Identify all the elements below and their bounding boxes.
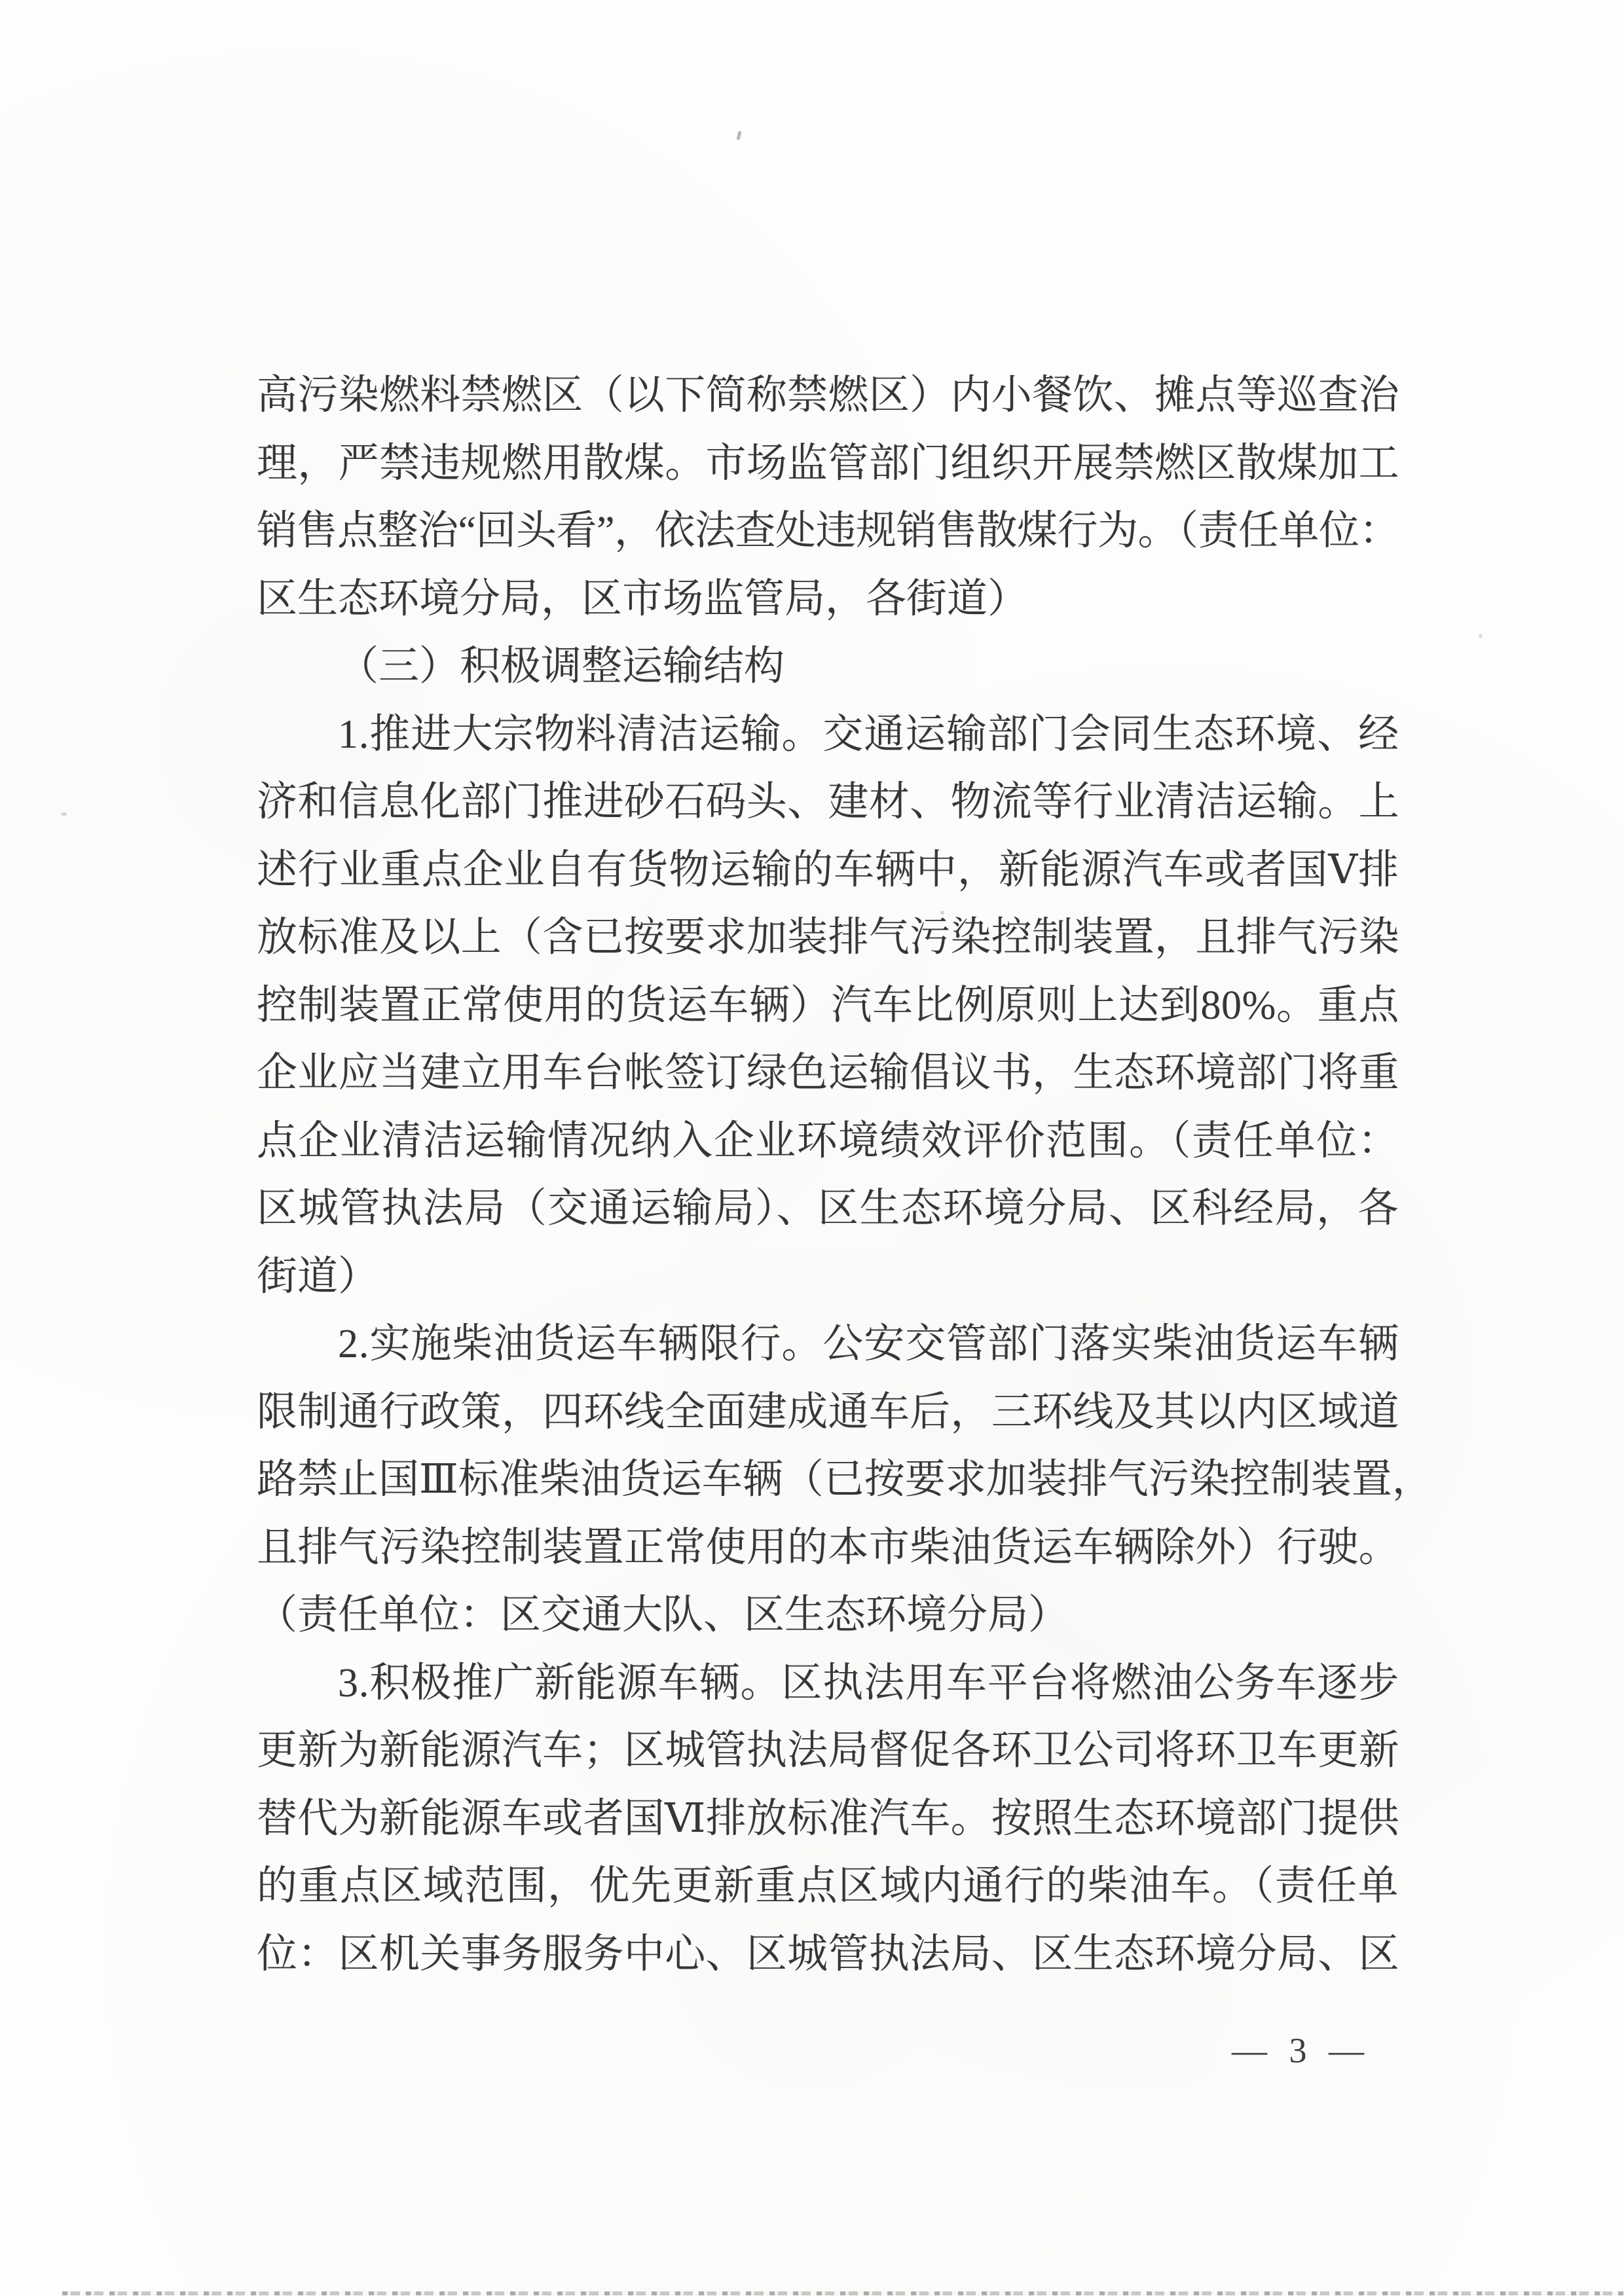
text-line-content: （三）积极调整运输结构 xyxy=(338,633,784,701)
text-line: 更新为新能源汽车；区城管执法局督促各环卫公司将环卫车更新 xyxy=(257,1717,1399,1785)
text-line: （三）积极调整运输结构 xyxy=(257,633,1399,701)
scan-speck xyxy=(61,812,67,816)
text-line-content: 限制通行政策，四环线全面建成通车后，三环线及其以内区域道 xyxy=(257,1379,1399,1447)
text-line-content: 的重点区域范围，优先更新重点区域内通行的柴油车。（责任单 xyxy=(257,1853,1399,1921)
text-line: 放标准及以上（含已按要求加装排气污染控制装置，且排气污染 xyxy=(257,904,1399,972)
text-line: 替代为新能源车或者国Ⅵ排放标准汽车。按照生态环境部门提供 xyxy=(257,1785,1399,1853)
text-line-content: 街道） xyxy=(257,1243,378,1311)
document-page: 高污染燃料禁燃区（以下简称禁燃区）内小餐饮、摊点等巡查治理，严禁违规燃用散煤。市… xyxy=(0,0,1624,2296)
text-line-content: 3.积极推广新能源车辆。区执法用车平台将燃油公务车逐步 xyxy=(338,1650,1399,1718)
text-line: 限制通行政策，四环线全面建成通车后，三环线及其以内区域道 xyxy=(257,1379,1399,1447)
text-line: 街道） xyxy=(257,1243,1399,1311)
text-line: （责任单位：区交通大队、区生态环境分局） xyxy=(257,1582,1399,1650)
text-line-content: 述行业重点企业自有货物运输的车辆中，新能源汽车或者国Ⅴ排 xyxy=(257,837,1399,905)
text-line-content: （责任单位：区交通大队、区生态环境分局） xyxy=(257,1582,1069,1650)
text-line: 济和信息化部门推进砂石码头、建材、物流等行业清洁运输。上 xyxy=(257,769,1399,837)
text-line: 2.实施柴油货运车辆限行。公安交管部门落实柴油货运车辆 xyxy=(257,1311,1399,1379)
text-line: 且排气污染控制装置正常使用的本市柴油货运车辆除外）行驶。 xyxy=(257,1514,1399,1582)
text-line-content: 路禁止国Ⅲ标准柴油货运车辆（已按要求加装排气污染控制装置， xyxy=(257,1446,1433,1514)
text-line-content: 区生态环境分局，区市场监管局，各街道） xyxy=(257,566,1028,634)
text-line: 区生态环境分局，区市场监管局，各街道） xyxy=(257,566,1399,634)
text-line-content: 销售点整治“回头看”，依法查处违规销售散煤行为。（责任单位： xyxy=(257,498,1399,566)
text-line-content: 1.推进大宗物料清洁运输。交通运输部门会同生态环境、经 xyxy=(338,701,1399,769)
text-line: 点企业清洁运输情况纳入企业环境绩效评价范围。（责任单位： xyxy=(257,1108,1399,1176)
text-line-content: 2.实施柴油货运车辆限行。公安交管部门落实柴油货运车辆 xyxy=(338,1311,1399,1379)
scan-speck xyxy=(736,131,741,141)
text-line-content: 理，严禁违规燃用散煤。市场监管部门组织开展禁燃区散煤加工 xyxy=(257,430,1399,498)
text-line-content: 更新为新能源汽车；区城管执法局督促各环卫公司将环卫车更新 xyxy=(257,1717,1399,1785)
text-line: 区城管执法局（交通运输局）、区生态环境分局、区科经局，各 xyxy=(257,1175,1399,1243)
text-line-content: 控制装置正常使用的货运车辆）汽车比例原则上达到80%。重点 xyxy=(257,972,1399,1040)
text-line: 的重点区域范围，优先更新重点区域内通行的柴油车。（责任单 xyxy=(257,1853,1399,1921)
text-line: 控制装置正常使用的货运车辆）汽车比例原则上达到80%。重点 xyxy=(257,972,1399,1040)
text-line: 位：区机关事务服务中心、区城管执法局、区生态环境分局、区 xyxy=(257,1921,1399,1989)
text-line: 3.积极推广新能源车辆。区执法用车平台将燃油公务车逐步 xyxy=(257,1650,1399,1718)
text-line: 1.推进大宗物料清洁运输。交通运输部门会同生态环境、经 xyxy=(257,701,1399,769)
scan-speck xyxy=(940,911,944,915)
text-line: 销售点整治“回头看”，依法查处违规销售散煤行为。（责任单位： xyxy=(257,498,1399,566)
scan-artifact-bottom-edge xyxy=(62,2291,1624,2295)
text-line-content: 济和信息化部门推进砂石码头、建材、物流等行业清洁运输。上 xyxy=(257,769,1399,837)
text-line-content: 区城管执法局（交通运输局）、区生态环境分局、区科经局，各 xyxy=(257,1175,1399,1243)
page-number: — 3 — xyxy=(1226,2027,1370,2074)
text-line-content: 企业应当建立用车台帐签订绿色运输倡议书，生态环境部门将重 xyxy=(257,1040,1399,1108)
scan-speck xyxy=(1479,634,1483,638)
text-line-content: 且排气污染控制装置正常使用的本市柴油货运车辆除外）行驶。 xyxy=(257,1514,1399,1582)
text-line: 理，严禁违规燃用散煤。市场监管部门组织开展禁燃区散煤加工 xyxy=(257,430,1399,498)
text-line: 路禁止国Ⅲ标准柴油货运车辆（已按要求加装排气污染控制装置， xyxy=(257,1446,1399,1514)
text-line-content: 放标准及以上（含已按要求加装排气污染控制装置，且排气污染 xyxy=(257,904,1399,972)
body-text: 高污染燃料禁燃区（以下简称禁燃区）内小餐饮、摊点等巡查治理，严禁违规燃用散煤。市… xyxy=(257,362,1399,1988)
text-line: 企业应当建立用车台帐签订绿色运输倡议书，生态环境部门将重 xyxy=(257,1040,1399,1108)
text-line-content: 点企业清洁运输情况纳入企业环境绩效评价范围。（责任单位： xyxy=(257,1108,1399,1176)
text-line-content: 替代为新能源车或者国Ⅵ排放标准汽车。按照生态环境部门提供 xyxy=(257,1785,1399,1853)
text-line-content: 高污染燃料禁燃区（以下简称禁燃区）内小餐饮、摊点等巡查治 xyxy=(257,362,1399,430)
text-line: 高污染燃料禁燃区（以下简称禁燃区）内小餐饮、摊点等巡查治 xyxy=(257,362,1399,430)
text-line: 述行业重点企业自有货物运输的车辆中，新能源汽车或者国Ⅴ排 xyxy=(257,837,1399,905)
text-line-content: 位：区机关事务服务中心、区城管执法局、区生态环境分局、区 xyxy=(257,1921,1399,1989)
